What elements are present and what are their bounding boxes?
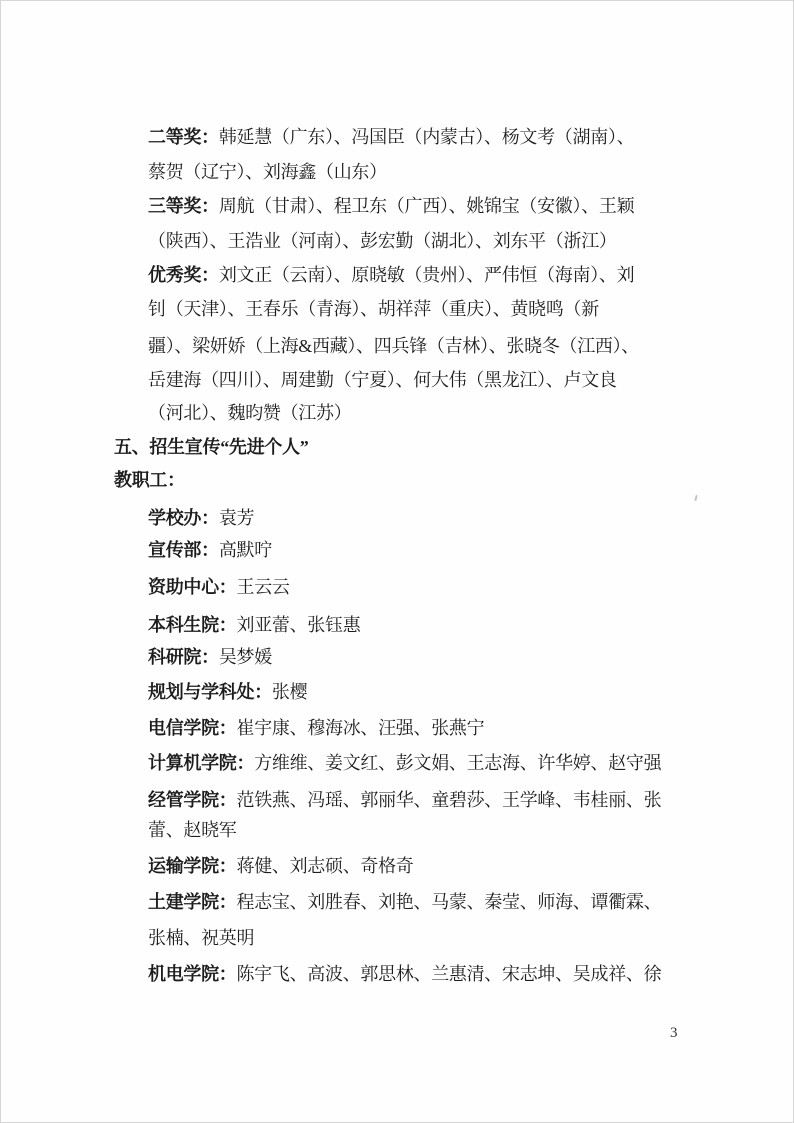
department-label: 机电学院：: [148, 964, 237, 984]
staff-line: 规划与学科处：张樱: [148, 680, 307, 704]
award-line: 蔡贺（辽宁）、刘海鑫（山东）: [148, 160, 387, 184]
page-number: 3: [670, 1025, 678, 1042]
award-line: 疆）、梁妍娇（上海&西藏）、四兵锋（吉林）、张晓冬（江西）、: [148, 334, 639, 358]
award-line: 三等奖：周航（甘肃）、程卫东（广西）、姚锦宝（安徽）、王颖: [148, 194, 634, 218]
staff-names: 高默咛: [219, 540, 272, 560]
staff-names: 吴梦媛: [219, 647, 272, 667]
department-label: 本科生院：: [148, 615, 237, 635]
award-names: （陕西）、王浩业（河南）、彭宏勤（湖北）、刘东平（浙江）: [148, 231, 617, 251]
staff-group-heading: 教职工：: [114, 468, 185, 492]
staff-names: 蒋健、刘志硕、奇格奇: [237, 856, 414, 876]
staff-line: 经管学院：范铁燕、冯瑶、郭丽华、童碧莎、王学峰、韦桂丽、张: [148, 788, 661, 812]
award-names: 岳建海（四川）、周建勤（宁夏）、何大伟（黑龙江）、卢文良: [148, 370, 617, 390]
scan-speck: [694, 495, 697, 501]
staff-line: 宣传部：高默咛: [148, 538, 272, 562]
award-grade-label: 三等奖：: [148, 196, 219, 216]
award-line: 岳建海（四川）、周建勤（宁夏）、何大伟（黑龙江）、卢文良: [148, 368, 617, 392]
staff-line: 资助中心：王云云: [148, 575, 290, 599]
department-label: 经管学院：: [148, 790, 237, 810]
staff-line: 机电学院：陈宇飞、高波、郭思林、兰惠清、宋志坤、吴成祥、徐: [148, 962, 661, 986]
award-grade-label: 优秀奖：: [148, 265, 219, 285]
award-names: 韩延慧（广东）、冯国臣（内蒙古）、杨文考（湖南）、: [219, 127, 635, 147]
staff-names: 蕾、赵晓军: [148, 820, 237, 840]
department-label: 资助中心：: [148, 577, 237, 597]
award-names: （河北）、魏昀赞（江苏）: [148, 403, 351, 423]
award-line: 二等奖：韩延慧（广东）、冯国臣（内蒙古）、杨文考（湖南）、: [148, 125, 634, 149]
staff-line: 本科生院：刘亚蕾、张钰惠: [148, 613, 360, 637]
department-label: 科研院：: [148, 647, 219, 667]
department-label: 宣传部：: [148, 540, 219, 560]
department-label: 运输学院：: [148, 856, 237, 876]
department-label: 电信学院：: [148, 718, 237, 738]
staff-names: 崔宇康、穆海冰、汪强、张燕宁: [237, 718, 485, 738]
staff-line: 学校办：袁芳: [148, 506, 254, 530]
staff-group-heading-text: 教职工：: [114, 470, 185, 490]
award-line: （河北）、魏昀赞（江苏）: [148, 401, 351, 425]
staff-line: 电信学院：崔宇康、穆海冰、汪强、张燕宁: [148, 716, 484, 740]
staff-names: 张樱: [272, 682, 307, 702]
department-label: 学校办：: [148, 508, 219, 528]
section-heading: 五、招生宣传“先进个人”: [114, 435, 308, 459]
section-heading-text: 五、招生宣传“先进个人”: [114, 437, 308, 457]
department-label: 土建学院：: [148, 892, 237, 912]
staff-names: 范铁燕、冯瑶、郭丽华、童碧莎、王学峰、韦桂丽、张: [237, 790, 662, 810]
staff-names: 袁芳: [219, 508, 254, 528]
staff-line: 计算机学院：方维维、姜文红、彭文娟、王志海、许华婷、赵守强: [148, 751, 661, 775]
staff-names: 陈宇飞、高波、郭思林、兰惠清、宋志坤、吴成祥、徐: [237, 964, 662, 984]
award-line: （陕西）、王浩业（河南）、彭宏勤（湖北）、刘东平（浙江）: [148, 229, 617, 253]
staff-names: 王云云: [237, 577, 290, 597]
award-names: 疆）、梁妍娇（上海&西藏）、四兵锋（吉林）、张晓冬（江西）、: [148, 336, 639, 356]
award-names: 刘文正（云南）、原晓敏（贵州）、严伟恒（海南）、刘: [219, 265, 635, 285]
staff-names: 张楠、祝英明: [148, 928, 254, 948]
award-names: 周航（甘肃）、程卫东（广西）、姚锦宝（安徽）、王颖: [219, 196, 635, 216]
staff-line: 张楠、祝英明: [148, 926, 254, 950]
department-label: 规划与学科处：: [148, 682, 272, 702]
staff-names: 方维维、姜文红、彭文娟、王志海、许华婷、赵守强: [254, 753, 661, 773]
staff-line: 运输学院：蒋健、刘志硕、奇格奇: [148, 854, 414, 878]
document-page: 二等奖：韩延慧（广东）、冯国臣（内蒙古）、杨文考（湖南）、 蔡贺（辽宁）、刘海鑫…: [0, 0, 794, 1123]
staff-line: 科研院：吴梦媛: [148, 645, 272, 669]
department-label: 计算机学院：: [148, 753, 254, 773]
staff-names: 程志宝、刘胜春、刘艳、马蒙、秦莹、师海、谭衢霖、: [237, 892, 662, 912]
award-line: 优秀奖：刘文正（云南）、原晓敏（贵州）、严伟恒（海南）、刘: [148, 263, 634, 287]
award-line: 钊（天津）、王春乐（青海）、胡祥萍（重庆）、黄晓鸣（新: [148, 297, 599, 321]
staff-names: 刘亚蕾、张钰惠: [237, 615, 361, 635]
staff-line: 土建学院：程志宝、刘胜春、刘艳、马蒙、秦莹、师海、谭衢霖、: [148, 890, 661, 914]
award-names: 蔡贺（辽宁）、刘海鑫（山东）: [148, 162, 387, 182]
award-names: 钊（天津）、王春乐（青海）、胡祥萍（重庆）、黄晓鸣（新: [148, 299, 599, 319]
award-grade-label: 二等奖：: [148, 127, 219, 147]
staff-line: 蕾、赵晓军: [148, 818, 237, 842]
